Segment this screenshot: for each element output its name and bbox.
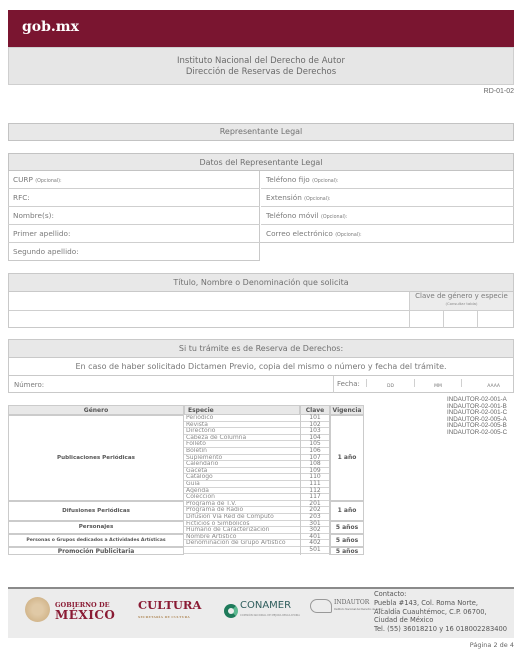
genero-cell: Difusiones Periódicas [8,501,184,521]
field-note: (Opcional): [35,179,61,184]
reserva-subtitle: En caso de haber solicitado Dictamen Pre… [9,358,513,376]
field-right-3[interactable]: Correo electrónico (Opcional): [261,225,514,243]
vigencia-cell: 1 año [330,415,364,501]
institution-header: Instituto Nacional del Derecho de Autor … [8,47,514,85]
datos-representante-title: Datos del Representante Legal [8,153,514,171]
clave-divider [300,415,301,555]
field-left-4[interactable]: Segundo apellido: [8,243,260,261]
conamer-logo: CONAMER COMISIÓN NACIONAL DE MEJORA REGU… [224,601,300,621]
reserva-box: Si tu trámite es de Reserva de Derechos:… [8,339,514,393]
titulo-title: Título, Nombre o Denominación que solici… [9,274,513,292]
field-label: RFC: [13,193,30,202]
especie-clave-border [184,415,330,555]
footer: GOBIERNO DE MÉXICO CULTURA SECRETARÍA DE… [8,589,514,638]
clave-input-2[interactable] [444,311,477,327]
contact-line: Puebla #143, Col. Roma Norte, [374,599,507,608]
clave-header: Clave de género y especie (Consultar tab… [410,292,513,310]
escudo-icon [25,597,50,622]
clave-note: (Consultar tabla) [410,301,513,306]
genero-cell: Publicaciones Periódicas [8,415,184,501]
field-note: (Opcional): [321,215,347,220]
reserva-title: Si tu trámite es de Reserva de Derechos: [9,340,513,358]
fecha-dd[interactable]: DD [367,384,414,389]
field-label: Segundo apellido: [13,247,79,256]
fecha-label: Fecha: [337,377,360,391]
titulo-box: Título, Nombre o Denominación que solici… [8,273,514,328]
field-note: (Opcional): [304,197,330,202]
conamer-sub: COMISIÓN NACIONAL DE MEJORA REGULATORIA [240,611,300,621]
field-label: Teléfono móvil [266,211,319,220]
form-code: RD-01-02 [484,88,514,95]
genero-cell: Personas o Grupos dedicados a Actividade… [8,534,184,547]
institution-name: Instituto Nacional del Derecho de Autor [9,56,513,67]
contact-info: Contacto:Puebla #143, Col. Roma Norte,Al… [374,590,507,634]
gob-mx-banner: gob.mx [8,10,514,47]
field-left-0[interactable]: CURP (Opcional): [8,171,260,189]
contact-line: Contacto: [374,590,507,599]
section-representante-legal: Representante Legal [8,123,514,141]
field-left-1[interactable]: RFC: [8,189,260,207]
gob-mx-logo: gob.mx [22,19,79,35]
clave-input-1[interactable] [410,311,443,327]
numero-input[interactable] [49,377,329,393]
vigencia-cell: 5 años [330,547,364,555]
genero-cell: Personajes [8,521,184,534]
field-right-2[interactable]: Teléfono móvil (Opcional): [261,207,514,225]
datos-representante-box: Datos del Representante Legal CURP (Opci… [8,153,514,261]
cultura-text: CULTURA [138,598,201,612]
table-header: Género [8,405,184,415]
titulo-input[interactable] [11,311,407,327]
field-label: Nombre(s): [13,211,54,220]
field-note: (Opcional): [335,233,361,238]
clave-input-3[interactable] [478,311,513,327]
indautor-text: INDAUTOR [334,599,369,606]
table-header: Especie [184,405,300,415]
table-header: Vigencia [330,405,364,415]
indautor-codes: INDAUTOR-02-001-AINDAUTOR-02-001-BINDAUT… [447,397,507,437]
field-label: Extensión [266,193,302,202]
contact-line: Alcaldía Cuauhtémoc, C.P. 06700, [374,608,507,617]
indautor-icon [310,599,332,613]
field-label: Teléfono fijo [266,175,310,184]
field-label: Primer apellido: [13,229,70,238]
vigencia-cell: 5 años [330,521,364,534]
contact-line: Tel. (55) 36018210 y 16 018002283400 [374,625,507,634]
contact-line: Ciudad de México [374,616,507,625]
indautor-code: INDAUTOR-02-005-C [447,430,507,437]
page-number: Página 2 de 4 [470,641,514,649]
indautor-logo: INDAUTOR Instituto Nacional del Derecho … [310,599,383,613]
field-note: (Opcional): [312,179,338,184]
field-right-0[interactable]: Teléfono fijo (Opcional): [261,171,514,189]
vigencia-cell: 5 años [330,534,364,547]
field-left-3[interactable]: Primer apellido: [8,225,260,243]
vigencia-cell: 1 año [330,501,364,521]
fecha-mm[interactable]: MM [415,384,461,389]
conamer-icon [224,604,238,618]
gobierno-mexico-logo: GOBIERNO DE MÉXICO [25,597,115,622]
field-left-2[interactable]: Nombre(s): [8,207,260,225]
field-right-1[interactable]: Extensión (Opcional): [261,189,514,207]
numero-label: Número: [14,377,44,393]
conamer-text: CONAMER [240,600,291,611]
genero-cell: Promoción Publicitaria [8,547,184,555]
field-label: CURP [13,175,33,184]
field-label: Correo electrónico [266,229,333,238]
fecha-aaaa[interactable]: AAAA [462,384,512,389]
cultura-logo: CULTURA SECRETARÍA DE CULTURA [138,600,201,623]
clave-label: Clave de género y especie [410,292,513,301]
department-name: Dirección de Reservas de Derechos [9,67,513,78]
gob-line2: MÉXICO [55,610,115,620]
cultura-sub: SECRETARÍA DE CULTURA [138,612,201,623]
